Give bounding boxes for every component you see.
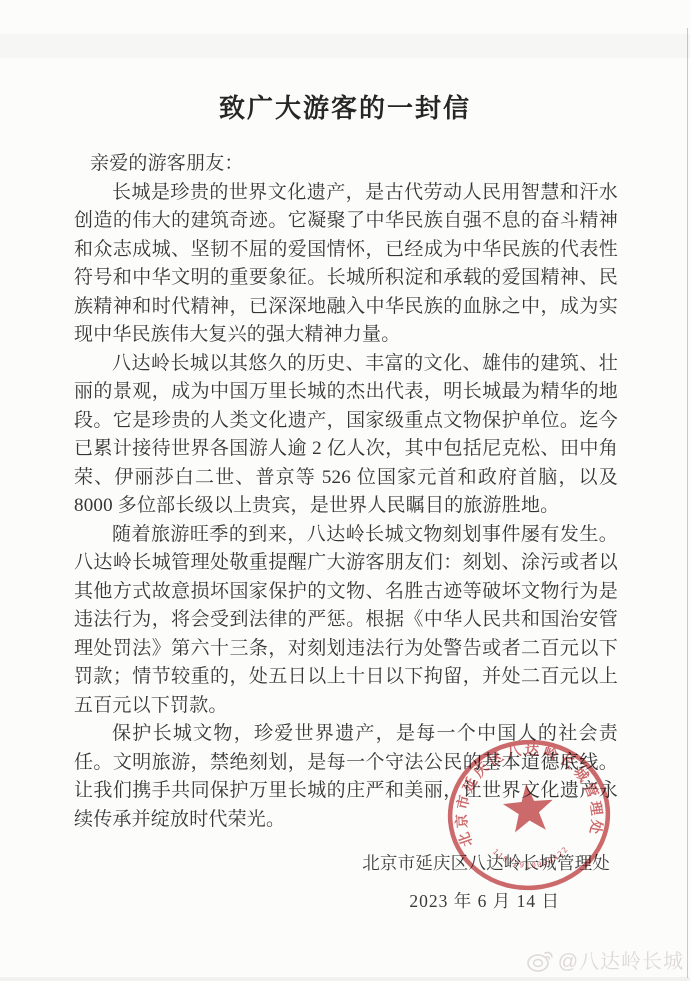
watermark-handle: @八达岭长城 (558, 945, 684, 974)
scan-artifact-bottom-band (0, 977, 690, 981)
letter-paragraph-3: 随着旅游旺季的到来，八达岭长城文物刻划事件屡有发生。八达岭长城管理处敬重提醒广大… (74, 521, 618, 721)
weibo-watermark: @八达岭长城 (525, 945, 684, 974)
seal-serial-number: 11072910008422 (490, 841, 570, 874)
seal-star-icon (501, 782, 555, 834)
letter-paragraph-2: 八达岭长城以其悠久的历史、丰富的文化、雄伟的建筑、壮丽的景观，成为中国万里长城的… (74, 350, 618, 521)
scan-artifact-top-band (0, 34, 690, 58)
official-seal: 北京市延庆区八达岭长城管理处 11072910008422 (436, 720, 623, 910)
letter-salutation: 亲爱的游客朋友： (74, 150, 618, 179)
weibo-icon (525, 947, 555, 973)
scan-artifact-page-edge (687, 28, 688, 978)
svg-text:11072910008422: 11072910008422 (490, 841, 570, 874)
scanned-letter-page: 致广大游客的一封信 亲爱的游客朋友： 长城是珍贵的世界文化遗产，是古代劳动人民用… (0, 0, 690, 981)
letter-paragraph-1: 长城是珍贵的世界文化遗产，是古代劳动人民用智慧和汗水创造的伟大的建筑奇迹。它凝聚… (74, 179, 618, 350)
letter-title: 致广大游客的一封信 (0, 88, 690, 125)
